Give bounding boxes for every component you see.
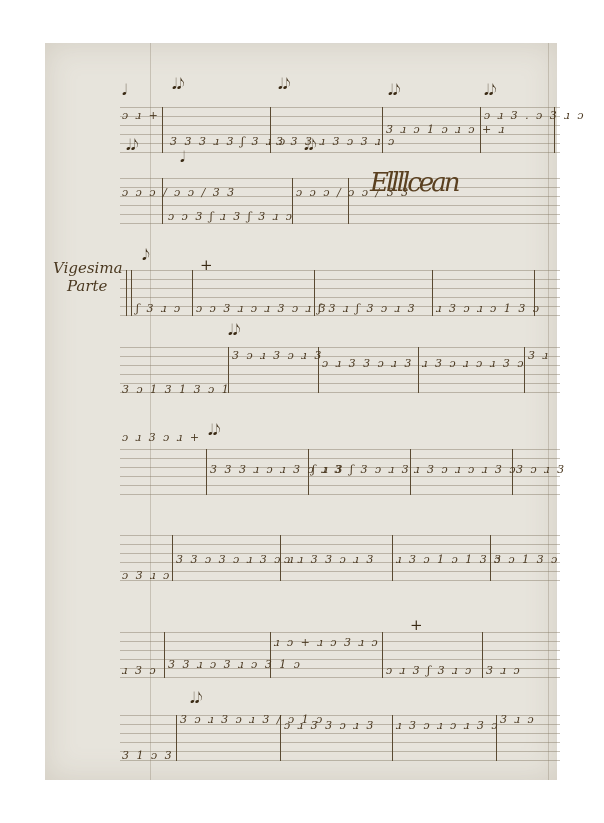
tab-chord: ɔ ɔ ɔ / ɔ ɔ / 3 3 xyxy=(122,186,236,199)
tab-measure: 3 ɹ ɔ xyxy=(486,664,522,677)
tab-measure: 3 ɔ 1 3 1 3 ɔ 1 xyxy=(122,383,231,396)
double-barline xyxy=(126,270,132,316)
rhythm-flags: 𝅘𝅥 xyxy=(180,150,185,165)
tablature-system-4: 𝅘𝅥𝅘𝅥𝅮 3 ɔ 1 3 1 3 ɔ 1 3 ɔ ɹ 3 ɔ ɹ 3 ɔ ɹ … xyxy=(120,323,560,403)
tablature-system-2: 𝅘𝅥𝅘𝅥𝅮 𝅘𝅥 𝅘𝅥𝅘𝅥𝅮 ɔ ɔ ɔ / ɔ ɔ / 3 3 ɔ ɔ 3 ʃ… xyxy=(120,138,560,228)
tab-measure: ɹ 3 ɔ ɹ ɔ ɹ 3 ɔ xyxy=(396,719,500,732)
tab-measure: ɔ ɹ 3 3 ɔ ɹ 3 xyxy=(284,719,375,732)
tab-measure: ɹ 3 ɔ xyxy=(122,664,158,677)
tab-measure: 3 ɔ ɹ 3 xyxy=(516,463,566,476)
tab-measure: 3 ɔ ɹ 3 ɔ ɹ 3 xyxy=(232,349,323,362)
tab-measure: ɹ 3 ɔ 1 ɔ 1 3 ɔ xyxy=(396,553,502,566)
section-label-line1: Vigesima xyxy=(53,259,123,277)
manuscript-page: 𝅘𝅥 𝅘𝅥𝅘𝅥𝅮 𝅘𝅥𝅘𝅥𝅮 𝅘𝅥𝅘𝅥𝅮 𝅘𝅥𝅘𝅥𝅮 ɔ ɹ + 3 3 3 ɹ… xyxy=(45,43,557,780)
tab-measure: 3 ɹ xyxy=(528,349,550,362)
tablature-system-5: 𝅘𝅥𝅘𝅥𝅮 ɔ ɹ 3 ɔ ɹ + 3 3 3 ɹ ɔ ɹ 3 ɔ ɹ 3 ʃ … xyxy=(120,423,560,503)
tab-measure: 3 3 ɹ ɔ 3 ɹ ɔ 3 1 ɔ xyxy=(168,658,302,671)
rhythm-flags: 𝅘𝅥𝅘𝅥𝅮 xyxy=(388,83,401,98)
tab-measure: 3 1 ɔ 3 xyxy=(122,749,174,762)
rhythm-flags: 𝅘𝅥𝅘𝅥𝅮 xyxy=(126,138,139,153)
tab-measure: ɔ ɹ 3 3 ɔ ɹ 3 xyxy=(284,553,375,566)
tab-measure: ɔ ɹ + xyxy=(122,109,160,122)
rhythm-flags: 𝅘𝅥𝅘𝅥𝅮 xyxy=(208,423,221,438)
tab-measure: ɔ ɔ 3 ɹ ɔ ɹ 3 ɔ ɹ 3 xyxy=(196,302,328,315)
rhythm-flags: 𝅘𝅥𝅘𝅥𝅮 xyxy=(190,691,203,706)
tab-measure: ɹ 3 ɔ ɹ ɔ 1 3 ɔ xyxy=(436,302,541,315)
tab-measure: ɔ ɹ 3 . ɔ 3 ɹ ɔ xyxy=(484,109,585,122)
tab-measure: 3 ɔ 1 3 ɔ xyxy=(494,553,559,566)
rhythm-flags: + xyxy=(410,618,423,633)
rhythm-flags: 𝅘𝅥𝅘𝅥𝅮 xyxy=(172,77,185,92)
signature-flourish: Ellllcean xyxy=(370,168,457,198)
tab-measure: 3 ɹ ɔ 1 ɔ ɹ ɔ + ɹ xyxy=(386,123,506,136)
tab-measure: ʃ 3 ɹ ɔ xyxy=(136,302,182,315)
tab-measure: ɹ 3 ɔ ɹ ɔ ɹ 3 ɔ xyxy=(414,463,518,476)
rhythm-flags: 𝅘𝅥𝅘𝅥𝅮 xyxy=(278,77,291,92)
tablature-system-3: 𝅘𝅥𝅮 + ʃ 3 ɹ ɔ ɔ ɔ 3 ɹ ɔ ɹ 3 ɔ ɹ 3 ʃ 3 ɹ … xyxy=(120,248,560,318)
rhythm-flags: 𝅘𝅥𝅘𝅥𝅮 xyxy=(228,323,241,338)
section-label: Vigesima Parte xyxy=(53,259,123,295)
tab-measure: ʃ 3 ɹ ʃ 3 ɔ ɹ 3 xyxy=(318,302,417,315)
rhythm-flags: 𝅘𝅥𝅘𝅥𝅮 xyxy=(304,138,317,153)
tab-measure: ɔ 3 ɹ ɔ xyxy=(122,569,171,582)
rhythm-flags: 𝅘𝅥𝅮 xyxy=(142,248,150,263)
tab-measure: ɔ ɹ 3 ɔ ɹ + xyxy=(122,431,201,444)
rhythm-flags: 𝅘𝅥 xyxy=(122,83,127,98)
tab-measure: 3 3 ɔ 3 ɔ ɹ 3 ɔ ɹ xyxy=(176,553,295,566)
section-label-line2: Parte xyxy=(67,277,123,295)
tablature-system-8: 𝅘𝅥𝅘𝅥𝅮 3 1 ɔ 3 3 ɔ ɹ 3 ɔ ɹ 3 / ɔ 1 ɔ ɔ ɹ … xyxy=(120,691,560,771)
tab-measure: ɹ ɔ + ɹ ɔ 3 ɹ ɔ xyxy=(274,636,380,649)
tab-measure: ɹ 3 ɔ ɹ ɔ ɹ 3 ɔ xyxy=(422,357,526,370)
tab-measure: 3 ɹ ɔ xyxy=(500,713,536,726)
rhythm-flags: 𝅘𝅥𝅘𝅥𝅮 xyxy=(484,83,497,98)
tab-measure: ʃ ɹ 3 ʃ 3 ɔ ɹ 3 xyxy=(312,463,411,476)
tab-measure: ɔ ɹ 3 ʃ 3 ɹ ɔ xyxy=(386,664,473,677)
tab-measure: ɔ ɹ 3 3 ɔ ɹ 3 xyxy=(322,357,413,370)
tab-measure: ɔ ɔ 3 ʃ ɹ 3 ʃ 3 ɹ ɔ xyxy=(168,210,294,223)
tablature-system-6: ɔ 3 ɹ ɔ 3 3 ɔ 3 ɔ ɹ 3 ɔ ɹ ɔ ɹ 3 3 ɔ ɹ 3 … xyxy=(120,523,560,603)
tablature-system-7: + ɹ 3 ɔ 3 3 ɹ ɔ 3 ɹ ɔ 3 1 ɔ ɹ ɔ + ɹ ɔ 3 … xyxy=(120,618,560,698)
